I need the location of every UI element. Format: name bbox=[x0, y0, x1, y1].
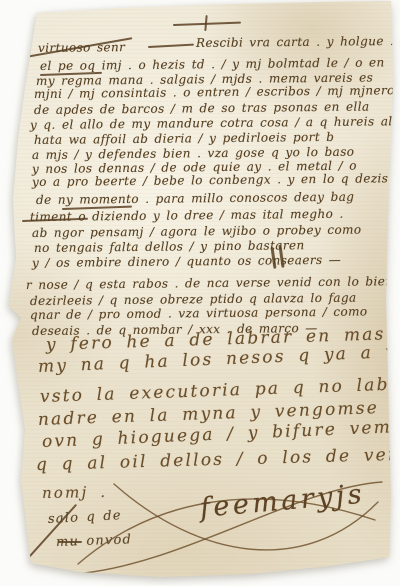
manuscript-paper-shadow: virtuoso senr Rescibi vra carta . y holg… bbox=[0, 0, 400, 586]
manuscript-line: y q. el allo de my mandure cotra cosa / … bbox=[30, 115, 400, 131]
manuscript-line: de ny momento . para millo conoscos deay… bbox=[36, 191, 354, 206]
manuscript-line: de apdes de barcos / m de so tras psonas… bbox=[34, 100, 370, 116]
manuscript-line: el pe oq imj . o hezis td . / y mj bolmt… bbox=[40, 56, 385, 72]
manuscript-line: yo a pro beerte / bebe lo conbengx . y e… bbox=[32, 172, 388, 188]
manuscript-line: mjni / mj consintais . o entren / escrib… bbox=[34, 84, 395, 100]
manuscript-line: timent o diziendo y lo dree / mas ital m… bbox=[30, 208, 344, 223]
manuscript-line: qnar de / pro omod . vza virtuosa person… bbox=[30, 305, 368, 321]
manuscript-line: no tengais falta dellos / y pino bastare… bbox=[34, 239, 305, 254]
manuscript-line: ab ngor pensamj / agora le wjibo o probe… bbox=[32, 224, 362, 239]
photo-backdrop: virtuoso senr Rescibi vra carta . y holg… bbox=[0, 0, 400, 586]
salutation-text: virtuoso senr bbox=[38, 41, 125, 54]
manuscript-line: y / os embire dinero / quanto os conseae… bbox=[32, 254, 341, 269]
flourish-stroke bbox=[148, 44, 194, 48]
manuscript-line: r nose / q esta rabos . de nca verse ven… bbox=[26, 275, 400, 291]
manuscript-page: virtuoso senr Rescibi vra carta . y holg… bbox=[0, 0, 400, 586]
manuscript-line: hata wa affoil ab dieria / y pedirloeis … bbox=[34, 131, 334, 146]
opening-line: Rescibi vra carta . y holgue . bbox=[196, 35, 394, 49]
